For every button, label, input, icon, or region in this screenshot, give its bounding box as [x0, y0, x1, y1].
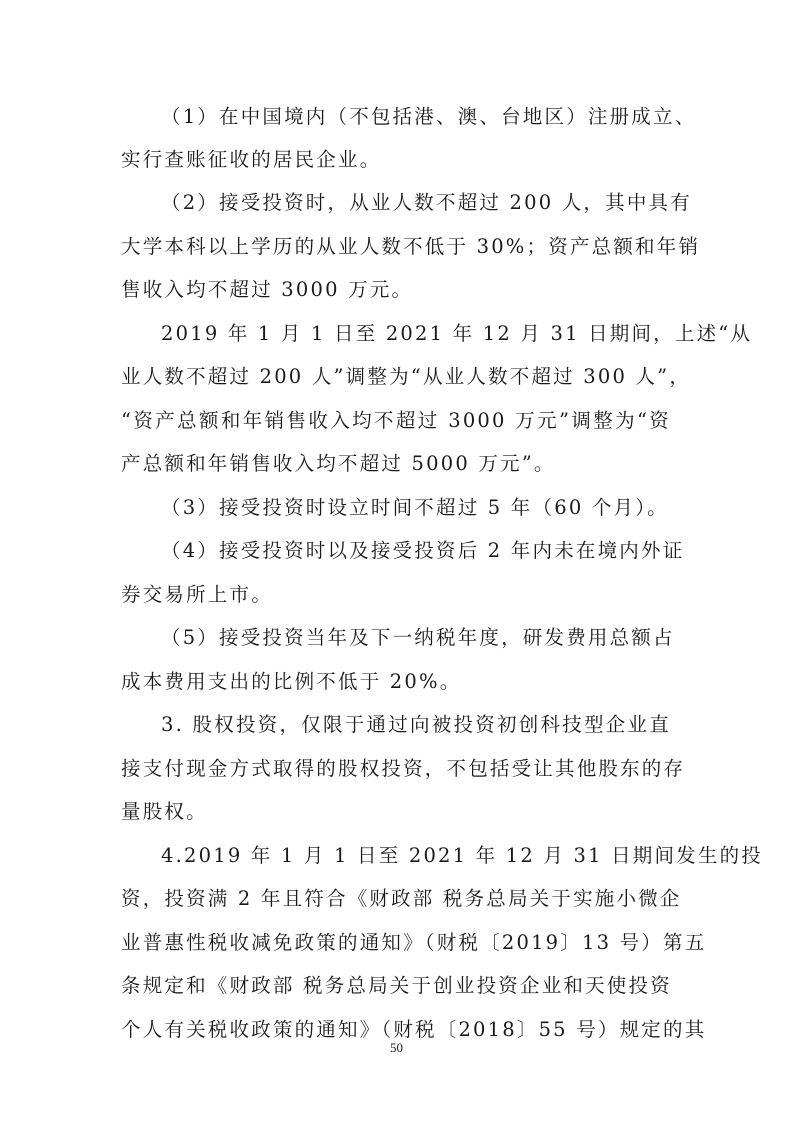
text-line: 4.2019 年 1 月 1 日至 2021 年 12 月 31 日期间发生的投: [161, 834, 671, 878]
text-line: 成本费用支出的比例不低于 20%。: [121, 660, 671, 704]
text-line: 业人数不超过 200 人”调整为“从业人数不超过 300 人”，: [121, 355, 671, 399]
text-line: 条规定和《财政部 税务总局关于创业投资企业和天使投资: [121, 964, 671, 1008]
document-page: （1）在中国境内（不包括港、澳、台地区）注册成立、 实行查账征收的居民企业。 （…: [0, 0, 793, 1122]
text-line: 大学本科以上学历的从业人数不低于 30%；资产总额和年销: [121, 225, 671, 269]
text-line: 2019 年 1 月 1 日至 2021 年 12 月 31 日期间，上述“从: [161, 312, 671, 356]
text-line: 接支付现金方式取得的股权投资，不包括受让其他股东的存: [121, 747, 671, 791]
page-number: 50: [0, 1040, 793, 1056]
text-line: 售收入均不超过 3000 万元。: [121, 268, 671, 312]
text-line: 3. 股权投资，仅限于通过向被投资初创科技型企业直: [161, 703, 671, 747]
text-line: （3）接受投资时设立时间不超过 5 年（60 个月）。: [161, 486, 671, 530]
text-line: （2）接受投资时，从业人数不超过 200 人，其中具有: [161, 181, 671, 225]
text-line: （1）在中国境内（不包括港、澳、台地区）注册成立、: [161, 95, 671, 139]
text-line: （4）接受投资时以及接受投资后 2 年内未在境内外证: [161, 529, 671, 573]
text-line: 资，投资满 2 年且符合《财政部 税务总局关于实施小微企: [121, 877, 671, 921]
text-line: 券交易所上市。: [121, 573, 671, 617]
text-line: （5）接受投资当年及下一纳税年度，研发费用总额占: [161, 616, 671, 660]
text-line: 量股权。: [121, 790, 671, 834]
text-line: 实行查账征收的居民企业。: [121, 138, 671, 182]
text-line: 产总额和年销售收入均不超过 5000 万元”。: [121, 442, 671, 486]
text-line: 业普惠性税收减免政策的通知》（财税〔2019〕13 号）第五: [121, 921, 671, 965]
text-line: “资产总额和年销售收入均不超过 3000 万元”调整为“资: [121, 399, 671, 443]
